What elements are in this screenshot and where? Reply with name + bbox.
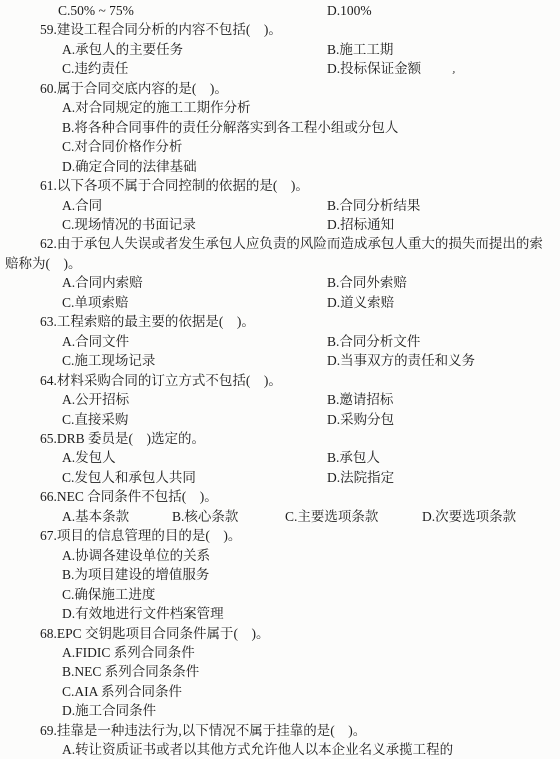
question-61-stem: 61.以下各项不属于合同控制的依据的是( )。 <box>0 176 560 195</box>
question-65-stem: 65.DRB 委员是( )选定的。 <box>0 429 560 448</box>
question-64-option-c: C.直接采购 <box>62 410 327 429</box>
question-69-option-a: A.转让资质证书或者以其他方式允许他人以本企业名义承揽工程的 <box>0 740 560 759</box>
question-69-stem: 69.挂靠是一种违法行为,以下情况不属于挂靠的是( )。 <box>0 721 560 740</box>
question-64-stem: 64.材料采购合同的订立方式不包括( )。 <box>0 371 560 390</box>
question-68-option-d: D.施工合同条件 <box>0 701 560 720</box>
question-66-option-c: C.主要选项条款 <box>285 507 422 526</box>
question-68-option-b: B.NEC 系列合同条条件 <box>0 662 560 681</box>
question-68-option-c: C.AIA 系列合同条件 <box>0 682 560 701</box>
question-64-option-row-2: C.直接采购D.采购分包 <box>0 410 560 429</box>
carryover-option-d: D.100% <box>327 3 372 18</box>
question-61-option-row-1: A.合同B.合同分析结果 <box>0 196 560 215</box>
question-63-option-b: B.合同分析文件 <box>327 334 420 349</box>
question-59-option-b: B.施工工期 <box>327 42 393 57</box>
question-62-stem-line-1: 62.由于承包人失误或者发生承包人应负责的风险而造成承包人重大的损失而提出的索 <box>0 234 560 253</box>
question-64-option-b: B.邀请招标 <box>327 392 393 407</box>
question-65-option-c: C.发包人和承包人共同 <box>62 468 327 487</box>
carryover-option-c: C.50% ~ 75% <box>58 1 327 20</box>
question-59-option-row-2: C.违约责任D.投标保证金额 <box>0 59 560 78</box>
question-68-option-a: A.FIDIC 系列合同条件 <box>0 643 560 662</box>
question-59-stem: 59.建设工程合同分析的内容不包括( )。 <box>0 20 560 39</box>
question-62-option-row-2: C.单项索赔D.道义索赔 <box>0 293 560 312</box>
question-63-option-row-2: C.施工现场记录D.当事双方的责任和义务 <box>0 351 560 370</box>
question-63-stem: 63.工程索赔的最主要的依据是( )。 <box>0 312 560 331</box>
question-67-option-b: B.为项目建设的增值服务 <box>0 565 560 584</box>
question-63-option-row-1: A.合同文件B.合同分析文件 <box>0 332 560 351</box>
question-61-option-a: A.合同 <box>62 196 327 215</box>
question-59-option-d: D.投标保证金额 <box>327 61 421 76</box>
question-65-option-b: B.承包人 <box>327 450 380 465</box>
question-66-stem: 66.NEC 合同条件不包括( )。 <box>0 487 560 506</box>
question-63-option-a: A.合同文件 <box>62 332 327 351</box>
question-63-option-d: D.当事双方的责任和义务 <box>327 353 475 368</box>
question-62-option-a: A.合同内索赔 <box>62 273 327 292</box>
question-62-option-d: D.道义索赔 <box>327 295 394 310</box>
question-61-option-b: B.合同分析结果 <box>327 198 420 213</box>
question-66-option-row: A.基本条款B.核心条款C.主要选项条款D.次要选项条款 <box>0 507 560 526</box>
question-68-stem: 68.EPC 交钥匙项目合同条件属于( )。 <box>0 624 560 643</box>
question-66-option-b: B.核心条款 <box>172 507 285 526</box>
question-66-option-a: A.基本条款 <box>62 507 172 526</box>
question-61-option-d: D.招标通知 <box>327 217 394 232</box>
question-60-stem: 60.属于合同交底内容的是( )。 <box>0 79 560 98</box>
question-62-option-c: C.单项索赔 <box>62 293 327 312</box>
question-60-option-a: A.对合同规定的施工工期作分析 <box>0 98 560 117</box>
question-67-stem: 67.项目的信息管理的目的是( )。 <box>0 526 560 545</box>
question-62-option-row-1: A.合同内索赔B.合同外索赔 <box>0 273 560 292</box>
question-64-option-d: D.采购分包 <box>327 412 394 427</box>
question-64-option-a: A.公开招标 <box>62 390 327 409</box>
carryover-option-row: C.50% ~ 75%D.100% <box>0 1 560 20</box>
question-62-stem-line-2: 赔称为( )。 <box>0 254 560 273</box>
question-63-option-c: C.施工现场记录 <box>62 351 327 370</box>
question-59-option-row-1: A.承包人的主要任务B.施工工期 <box>0 40 560 59</box>
question-65-option-row-1: A.发包人B.承包人 <box>0 448 560 467</box>
question-65-option-row-2: C.发包人和承包人共同D.法院指定 <box>0 468 560 487</box>
question-65-option-a: A.发包人 <box>62 448 327 467</box>
question-67-option-d: D.有效地进行文件档案管理 <box>0 604 560 623</box>
question-60-option-d: D.确定合同的法律基础 <box>0 157 560 176</box>
question-59-option-c: C.违约责任 <box>62 59 327 78</box>
question-67-option-a: A.协调各建设单位的关系 <box>0 546 560 565</box>
question-67-option-c: C.确保施工进度 <box>0 585 560 604</box>
question-61-option-row-2: C.现场情况的书面记录D.招标通知 <box>0 215 560 234</box>
question-60-option-c: C.对合同价格作分析 <box>0 137 560 156</box>
question-61-option-c: C.现场情况的书面记录 <box>62 215 327 234</box>
question-65-option-d: D.法院指定 <box>327 470 394 485</box>
question-66-option-d: D.次要选项条款 <box>422 509 516 524</box>
question-59-option-a: A.承包人的主要任务 <box>62 40 327 59</box>
question-62-option-b: B.合同外索赔 <box>327 275 407 290</box>
question-64-option-row-1: A.公开招标B.邀请招标 <box>0 390 560 409</box>
question-60-option-b: B.将各种合同事件的责任分解落实到各工程小组或分包人 <box>0 118 560 137</box>
exam-page: C.50% ~ 75%D.100% 59.建设工程合同分析的内容不包括( )。 … <box>0 0 560 759</box>
